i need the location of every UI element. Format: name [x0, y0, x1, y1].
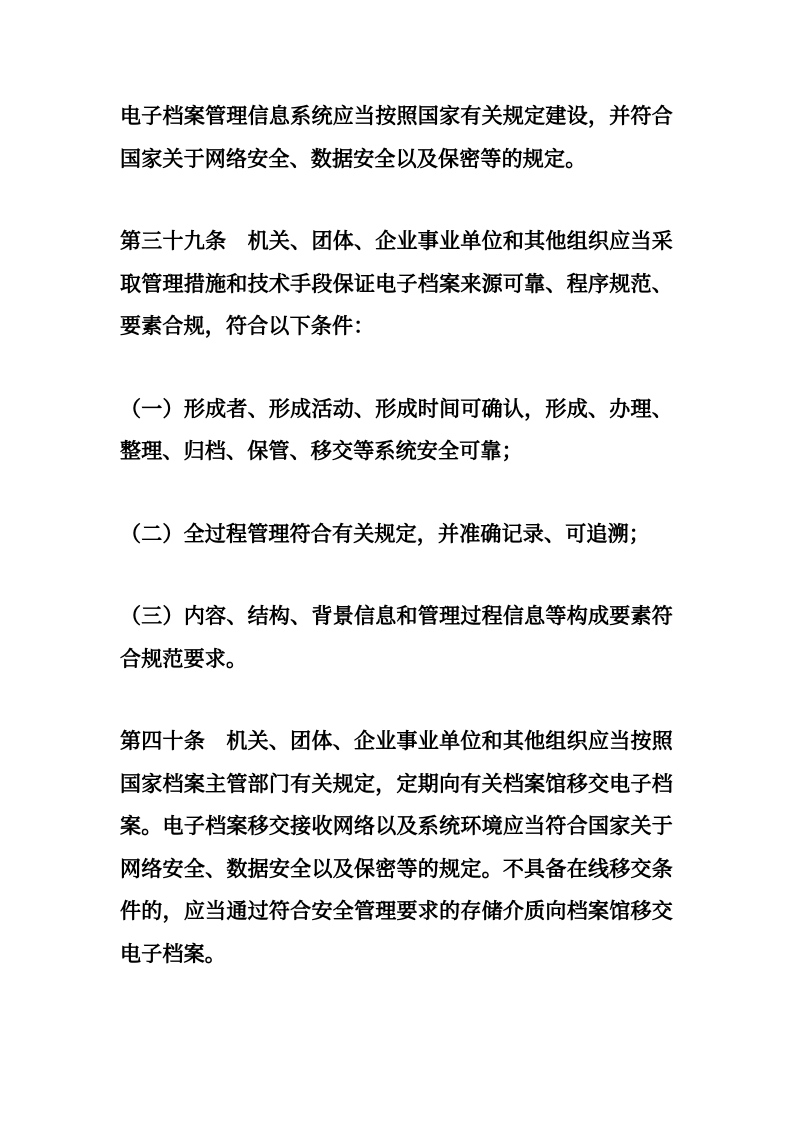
document-body: 电子档案管理信息系统应当按照国家有关规定建设，并符合国家关于网络安全、数据安全以…: [120, 95, 673, 975]
paragraph-item-2: （二）全过程管理符合有关规定，并准确记录、可追溯；: [120, 513, 673, 556]
paragraph-intro: 电子档案管理信息系统应当按照国家有关规定建设，并符合国家关于网络安全、数据安全以…: [120, 95, 673, 180]
document-page: 电子档案管理信息系统应当按照国家有关规定建设，并符合国家关于网络安全、数据安全以…: [0, 0, 793, 1122]
paragraph-article-39: 第三十九条 机关、团体、企业事业单位和其他组织应当采取管理措施和技术手段保证电子…: [120, 220, 673, 348]
paragraph-article-40: 第四十条 机关、团体、企业事业单位和其他组织应当按照国家档案主管部门有关规定，定…: [120, 720, 673, 975]
paragraph-item-1: （一）形成者、形成活动、形成时间可确认，形成、办理、整理、归档、保管、移交等系统…: [120, 388, 673, 473]
paragraph-item-3: （三）内容、结构、背景信息和管理过程信息等构成要素符合规范要求。: [120, 595, 673, 680]
